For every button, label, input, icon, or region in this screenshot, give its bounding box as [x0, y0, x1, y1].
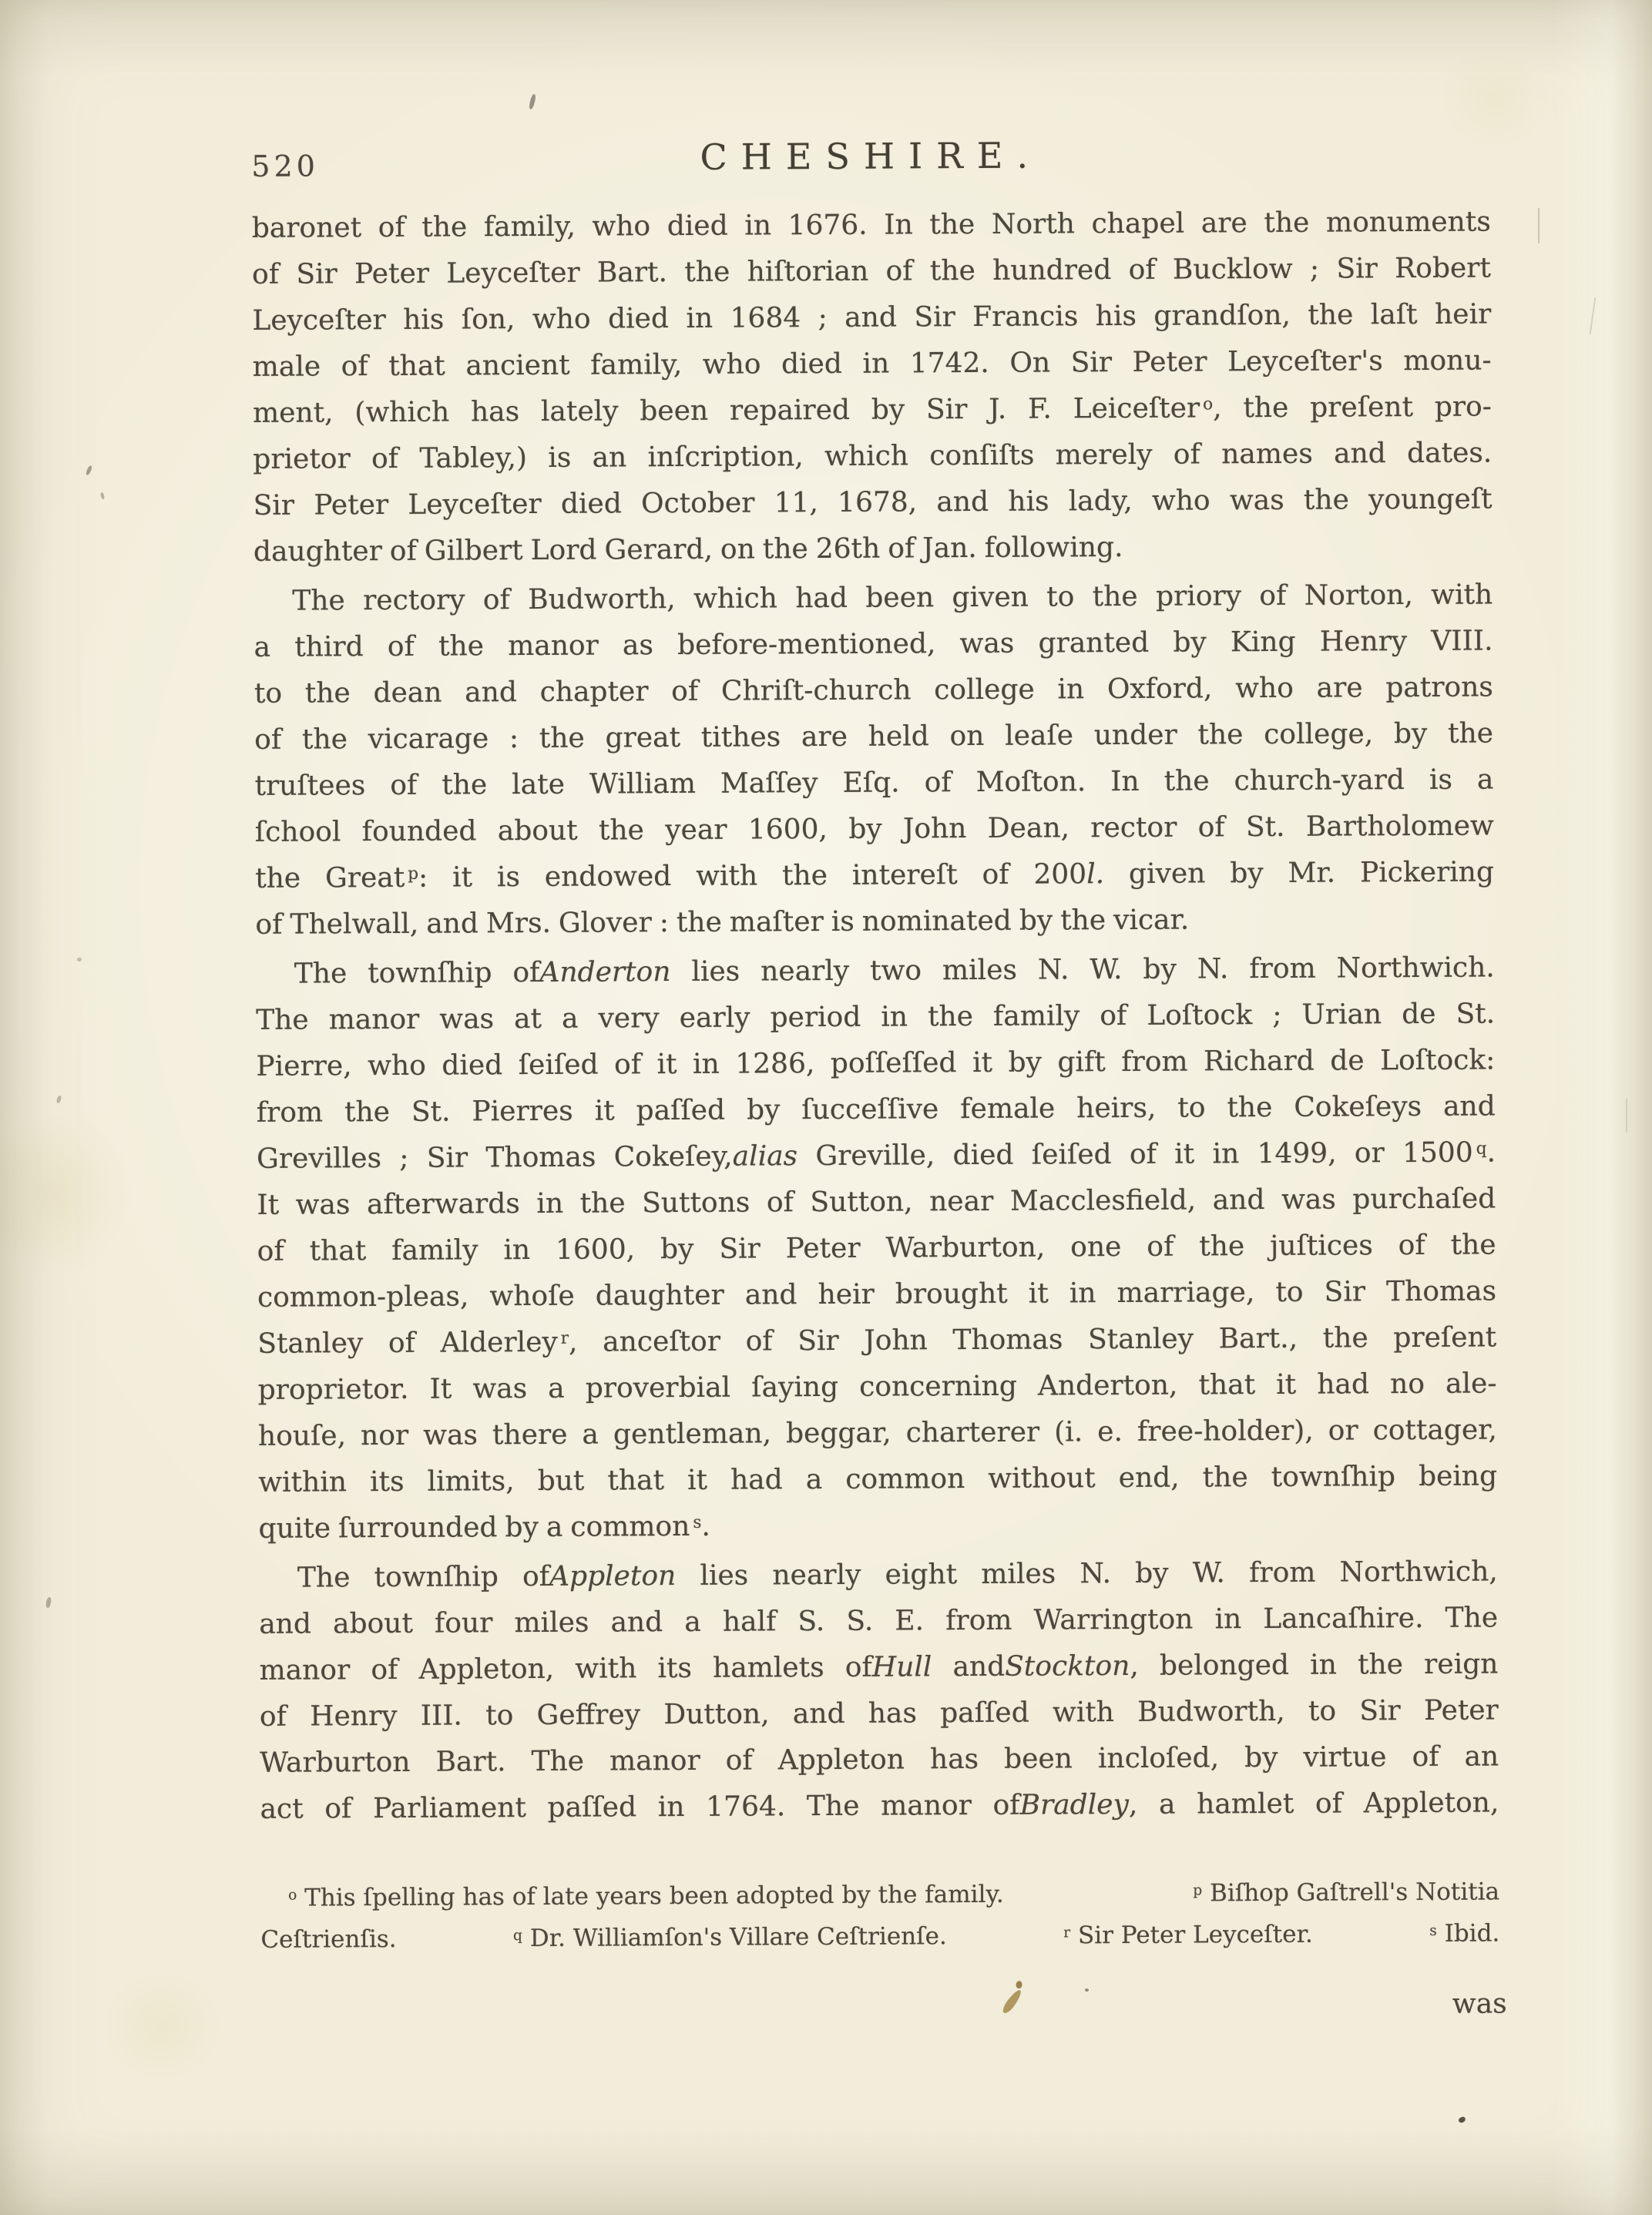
- word: a: [562, 1003, 579, 1035]
- word: at: [514, 1003, 542, 1035]
- word: to: [1275, 1277, 1303, 1308]
- text-line: prietorofTabley,)isaninſcription,whichco…: [253, 437, 1492, 489]
- text-segment: which: [693, 582, 777, 615]
- word: the: [930, 255, 975, 287]
- text-segment: Eſq.: [842, 767, 899, 798]
- text-line: fromtheSt.Pierresitpaſſedbyſucceſſivefem…: [257, 1090, 1496, 1143]
- text-segment: female: [960, 1092, 1055, 1125]
- word: lies: [700, 1560, 748, 1592]
- text-segment: the: [677, 907, 722, 938]
- word: before-mentioned,: [677, 628, 936, 661]
- text-segment: about: [498, 815, 578, 847]
- text-segment: lady,: [1069, 485, 1133, 517]
- text-segment: the: [1448, 717, 1493, 749]
- word: is: [548, 442, 571, 474]
- text-segment: Thomas: [1386, 1275, 1496, 1307]
- word: the: [1264, 207, 1309, 239]
- text-segment: Pickering: [1360, 856, 1494, 888]
- word: the: [1323, 1322, 1368, 1354]
- text-segment: Macclesfield,: [1010, 1184, 1196, 1217]
- word: priory: [1156, 580, 1241, 612]
- text-segment: given: [1129, 857, 1206, 890]
- text-segment: the: [1203, 1462, 1248, 1493]
- word: Gilbert: [425, 535, 523, 567]
- word: Tabley,): [419, 442, 527, 475]
- word: rectory: [363, 584, 465, 616]
- word: held: [868, 720, 929, 752]
- word: Appleton,: [418, 1653, 554, 1686]
- word: its: [370, 1466, 405, 1498]
- text-segment: of: [341, 351, 368, 382]
- text-segment: to: [254, 678, 282, 710]
- text-segment: in: [1310, 1650, 1337, 1681]
- text-segment: it: [657, 1049, 677, 1080]
- text-segment: the: [302, 723, 348, 755]
- footnote-line: o This ſpelling has of late years been a…: [260, 1878, 1499, 1925]
- word: 200l.: [1033, 858, 1104, 890]
- text-segment: beggar,: [786, 1418, 891, 1450]
- word: on: [949, 720, 984, 752]
- word: has: [930, 1743, 979, 1775]
- word: (which: [354, 397, 449, 429]
- word: endowed: [545, 861, 672, 893]
- text-segment: Northwich.: [1337, 951, 1495, 984]
- text-segment: dates.: [1407, 437, 1492, 469]
- word: of: [888, 532, 915, 564]
- text-segment: ,: [1130, 1650, 1139, 1682]
- word: a: [548, 1373, 565, 1405]
- text-segment: that: [607, 1465, 664, 1496]
- word: in: [1212, 1138, 1239, 1170]
- word: Maſſey: [720, 767, 818, 800]
- word: St.: [411, 1096, 451, 1128]
- word: Francis: [972, 300, 1078, 333]
- word: the: [929, 209, 975, 240]
- text-segment: has: [930, 1743, 979, 1775]
- text-segment: daughter: [254, 535, 382, 568]
- footnote-marker: o: [1203, 395, 1213, 414]
- word: from: [257, 1096, 324, 1128]
- word: or: [1328, 1415, 1358, 1446]
- word: S.: [797, 1606, 824, 1637]
- text-segment: belonged: [1160, 1650, 1289, 1682]
- word: by: [871, 394, 905, 425]
- word: on: [720, 533, 755, 565]
- text-segment: St.: [1246, 811, 1285, 843]
- text-segment: of: [371, 1654, 398, 1686]
- text-segment: common-pleas,: [257, 1280, 469, 1313]
- text-segment: 1684: [730, 302, 801, 334]
- word: was: [423, 1419, 478, 1451]
- word: the: [539, 723, 585, 754]
- text-segment: of: [390, 770, 417, 801]
- word: Sir: [1071, 347, 1113, 378]
- text-segment: it: [452, 861, 472, 893]
- word: 1500q.: [1402, 1136, 1496, 1169]
- word: hiſtorian: [747, 256, 869, 288]
- text-segment: Leyceſter's: [1227, 345, 1383, 378]
- text-segment: manor: [609, 1745, 700, 1777]
- word: ale-: [1445, 1368, 1497, 1399]
- page-header: 520 CHESHIRE.: [251, 132, 1490, 187]
- word: by: [848, 814, 882, 845]
- word: the: [442, 769, 487, 800]
- text-segment: a: [254, 632, 271, 663]
- word: Anderton,: [1038, 1370, 1178, 1402]
- text-segment: merely: [1056, 439, 1153, 472]
- text-segment: ſurrounded: [338, 1512, 498, 1544]
- word: that: [310, 1235, 367, 1267]
- word: repaired: [730, 394, 850, 427]
- text-segment: lies: [700, 1560, 748, 1592]
- word: (i.: [1054, 1416, 1083, 1448]
- text-segment: N.: [1080, 1558, 1111, 1589]
- text-segment: Norton,: [1304, 579, 1413, 612]
- text-segment: ;: [1272, 999, 1281, 1031]
- word: died: [608, 303, 669, 334]
- text-line: daughterofGilbertLordGerard,onthe26thofJ…: [254, 529, 1493, 582]
- footnote-line: Ceſtrienſis.q Dr. Williamſon's Villare C…: [260, 1919, 1499, 1967]
- text-segment: the: [929, 209, 975, 240]
- text-segment: was: [1230, 485, 1284, 516]
- text-segment: Bart.,: [1219, 1323, 1298, 1355]
- text-segment: The: [807, 1790, 860, 1822]
- text-segment: conſiſts: [929, 440, 1034, 472]
- text-segment: On: [1009, 347, 1050, 378]
- word: under: [1094, 720, 1177, 752]
- text-segment: Pierres: [472, 1096, 572, 1128]
- text-segment: Sir: [1336, 253, 1378, 284]
- word: It: [429, 1374, 452, 1405]
- word: patrons: [1385, 671, 1493, 703]
- text-segment: the: [1358, 1649, 1403, 1680]
- text-segment: his: [1096, 300, 1137, 332]
- text-segment: Henry: [1320, 626, 1408, 658]
- text-segment: This ſpelling has of late years been ado…: [297, 1881, 1004, 1912]
- text-segment: one: [1070, 1231, 1121, 1263]
- text-segment: Ceſtrienſis.: [260, 1925, 396, 1954]
- word: the: [1164, 765, 1210, 797]
- word: marriage,: [1116, 1277, 1254, 1309]
- word: was: [1281, 1184, 1336, 1216]
- text-segment: the: [1451, 1229, 1496, 1260]
- text-segment: great: [605, 722, 680, 754]
- word: half: [723, 1606, 777, 1637]
- text-segment: miles: [981, 1558, 1056, 1590]
- word: miles: [514, 1607, 589, 1639]
- word: male: [253, 351, 321, 382]
- footnote: r Sir Peter Leyceſter.: [1060, 1921, 1313, 1950]
- text-segment: youngeſt: [1368, 483, 1493, 515]
- text-segment: was: [439, 1003, 494, 1035]
- word: of: [1198, 811, 1225, 843]
- text-segment: half: [723, 1606, 777, 1637]
- word: the: [1308, 299, 1353, 331]
- text-segment: Urian: [1301, 998, 1382, 1031]
- text-segment: 26th: [816, 533, 881, 565]
- text-segment: heir: [1435, 298, 1491, 330]
- text-segment: the: [684, 257, 730, 288]
- word: has: [868, 1697, 917, 1729]
- word: On: [1009, 347, 1050, 378]
- footnotes: o This ſpelling has of late years been a…: [260, 1878, 1500, 1967]
- word: conſiſts: [929, 440, 1034, 472]
- word: of: [390, 535, 417, 567]
- text-segment: are: [1201, 207, 1247, 239]
- word: Peter: [1132, 346, 1207, 378]
- word: has: [471, 396, 519, 428]
- text-segment: preſent: [1310, 391, 1413, 424]
- text-segment: cottager,: [1373, 1414, 1497, 1446]
- word: :: [660, 907, 669, 938]
- footnote-marker: p: [1193, 1882, 1202, 1898]
- word: died: [667, 210, 728, 242]
- word: Lancaſhire.: [1263, 1603, 1423, 1635]
- text-segment: afterwards: [367, 1188, 520, 1220]
- word: Cokeſey,alias: [614, 1140, 798, 1173]
- text-segment: Leyceſter: [252, 304, 386, 337]
- word: who: [1235, 673, 1294, 704]
- text-line: truſteesofthelateWilliamMaſſeyEſq.ofMoſt…: [254, 764, 1493, 816]
- text-segment: of: [767, 1186, 794, 1218]
- text-segment: the: [782, 860, 828, 891]
- text-segment: two: [870, 955, 922, 986]
- text-segment: family,: [590, 349, 682, 381]
- word: inſcription,: [647, 441, 803, 473]
- word: virtue: [1303, 1741, 1386, 1774]
- text-segment: from: [945, 1605, 1012, 1636]
- word: Pierre,: [256, 1050, 351, 1082]
- word: Robert: [1395, 252, 1491, 284]
- text-segment: died: [561, 488, 622, 519]
- word: of: [371, 443, 398, 475]
- word: of: [885, 255, 912, 287]
- text-segment: by: [1135, 1558, 1169, 1589]
- text-segment: the: [438, 630, 484, 662]
- text-segment: Leyceſter: [408, 488, 542, 521]
- word: commons.: [570, 1511, 710, 1543]
- word: dates.: [1407, 437, 1492, 469]
- text-segment: a: [582, 1419, 599, 1451]
- word: and: [426, 908, 478, 939]
- text-segment: In: [1110, 766, 1140, 797]
- text-segment: Peter: [786, 1233, 861, 1265]
- word: heirs,: [1076, 1092, 1156, 1125]
- word: In: [884, 209, 913, 240]
- text-segment: grandſon,: [1153, 300, 1291, 332]
- word: family: [391, 1234, 478, 1267]
- footnote: s Ibid.: [1426, 1919, 1499, 1947]
- text-segment: who: [592, 210, 650, 242]
- text-segment: vicar.: [1113, 904, 1189, 937]
- text-line: ThetownſhipofAndertonliesnearlytwomilesN…: [256, 951, 1495, 1004]
- text-segment: was: [959, 628, 1014, 659]
- word: The: [531, 1746, 584, 1777]
- word: are: [801, 721, 848, 753]
- word: by: [1135, 1558, 1169, 1589]
- text-segment: died: [608, 303, 669, 334]
- word: there: [492, 1419, 568, 1451]
- text-segment: Sir: [254, 490, 295, 522]
- word: gentleman,: [613, 1418, 771, 1450]
- text-segment: endowed: [545, 861, 672, 893]
- paragraph: ThetownſhipofAndertonliesnearlytwomilesN…: [256, 951, 1498, 1559]
- word: without: [988, 1462, 1096, 1495]
- word: been: [865, 582, 934, 613]
- text-segment: has: [868, 1697, 917, 1729]
- word: the: [344, 1096, 390, 1128]
- text-segment: eight: [885, 1559, 957, 1590]
- text-segment: Greville,: [815, 1139, 935, 1172]
- text-segment: Sir: [427, 1142, 468, 1173]
- text-segment: of: [1174, 438, 1200, 470]
- text-segment: family: [993, 1000, 1080, 1032]
- text-segment: the: [1197, 719, 1243, 750]
- text-segment: by: [1394, 718, 1428, 750]
- text-segment: of: [982, 859, 1009, 891]
- word: no: [1390, 1368, 1425, 1400]
- text-segment: hiſtorian: [747, 256, 869, 288]
- word: lies: [691, 956, 740, 988]
- text-segment: heirs,: [1076, 1092, 1156, 1125]
- text-segment: on: [720, 533, 755, 565]
- word: Urian: [1301, 998, 1382, 1031]
- word: andStockton,: [952, 1650, 1138, 1683]
- text-segment: 200: [1033, 858, 1086, 890]
- text-segment: daughter: [596, 1280, 724, 1312]
- text-segment: hamlet: [1197, 1788, 1294, 1821]
- word: The: [807, 1790, 860, 1822]
- word: Sutton,: [810, 1186, 912, 1218]
- word: the: [580, 1187, 626, 1219]
- text-segment: to: [1046, 581, 1074, 612]
- paragraph: TherectoryofBudworth,whichhadbeengivento…: [254, 579, 1494, 955]
- word: gift: [1057, 1046, 1106, 1078]
- text-segment: the: [1227, 1092, 1272, 1123]
- word: his: [403, 304, 444, 336]
- word: Eſq.: [842, 767, 899, 798]
- word: Thomas: [485, 1142, 596, 1174]
- word: reign: [1424, 1648, 1498, 1680]
- word: of: [257, 1236, 284, 1267]
- word: who: [368, 1050, 426, 1082]
- text-segment: family,: [484, 211, 576, 243]
- word: ſchool: [255, 816, 341, 848]
- word: Pierres: [472, 1096, 572, 1128]
- text-segment: of: [254, 724, 281, 756]
- word: the: [305, 677, 351, 709]
- text-segment: its: [657, 1653, 692, 1684]
- word: manor: [508, 630, 599, 663]
- text-segment: a: [806, 1464, 823, 1495]
- word: in: [693, 1049, 720, 1080]
- word: vicarage: [368, 723, 489, 755]
- word: a: [582, 1419, 599, 1451]
- word: being: [1419, 1460, 1497, 1492]
- text-segment: The: [292, 585, 345, 616]
- text-segment: anceſtor: [603, 1326, 720, 1358]
- word: of: [1259, 580, 1286, 612]
- word: ſucceſſive: [801, 1093, 938, 1126]
- word: manor: [259, 1654, 350, 1686]
- word: the: [302, 723, 348, 755]
- word: Sir: [719, 1233, 761, 1264]
- text-segment: and: [793, 1698, 845, 1730]
- text-segment: 1742.: [910, 347, 989, 380]
- text-segment: October: [641, 487, 755, 519]
- word: of: [378, 212, 405, 243]
- footnote-marker: p: [408, 864, 418, 884]
- word: proverbial: [586, 1372, 731, 1405]
- word: The: [1445, 1602, 1498, 1633]
- text-segment: late: [512, 769, 565, 800]
- word: and: [745, 1279, 797, 1311]
- text-segment: is: [497, 861, 520, 893]
- word: nominated: [862, 905, 1012, 938]
- text-segment: with: [575, 1653, 636, 1684]
- word: and: [1334, 438, 1386, 469]
- text-segment: brought: [895, 1278, 1008, 1311]
- text-segment: been: [640, 395, 708, 427]
- word: ofBradley,: [992, 1789, 1137, 1821]
- text-segment: Ibid.: [1437, 1919, 1500, 1947]
- text-line: ofthatfamilyin1600,bySirPeterWarburton,o…: [257, 1229, 1496, 1281]
- word: Grevilles: [257, 1143, 381, 1175]
- text-segment: held: [868, 720, 929, 752]
- word: and: [610, 1606, 663, 1638]
- word: church-yard: [1234, 764, 1405, 797]
- word: lately: [541, 395, 619, 428]
- text-segment: Appleton: [549, 1560, 676, 1592]
- word: Leyceſter: [446, 257, 580, 290]
- text-segment: near: [929, 1186, 993, 1217]
- text-segment: the: [599, 814, 644, 846]
- text-segment: 1676.: [788, 210, 868, 242]
- text-segment: was: [1281, 1184, 1336, 1216]
- text-segment: in: [862, 348, 889, 380]
- text-segment: who: [1235, 673, 1294, 704]
- text-segment: Anderton: [539, 956, 670, 988]
- text-segment: S.: [846, 1606, 873, 1637]
- text-segment: Stockton: [1005, 1650, 1130, 1683]
- word: merely: [1056, 439, 1153, 472]
- word: Thomas: [952, 1324, 1063, 1356]
- word: poſſeſſed: [831, 1047, 957, 1079]
- word: Bart.: [597, 257, 667, 288]
- word: Macclesfield,: [1010, 1184, 1196, 1217]
- text-segment: in: [686, 303, 713, 334]
- text-segment: paſſed: [636, 1095, 725, 1127]
- footnote-marker: q: [1476, 1139, 1487, 1159]
- text-segment: Maſſey: [720, 767, 818, 800]
- word: Bart.: [435, 1746, 505, 1777]
- text-segment: Stanley: [1088, 1324, 1194, 1356]
- text-segment: Cokeſey,: [614, 1141, 733, 1173]
- text-segment: The: [531, 1746, 584, 1777]
- text-segment: Glover: [559, 907, 652, 939]
- text-segment: of: [1100, 1000, 1127, 1032]
- word: Warburton,: [885, 1232, 1045, 1264]
- text-segment: by: [848, 814, 882, 845]
- text-segment: Suttons: [642, 1187, 750, 1220]
- text-segment: Warburton,: [885, 1232, 1045, 1264]
- word: chapel: [1091, 208, 1184, 240]
- word: family,: [484, 211, 576, 243]
- word: whoſe: [489, 1280, 575, 1313]
- text-segment: Jan.: [922, 532, 977, 564]
- text-segment: very: [598, 1002, 659, 1034]
- word: from: [1249, 1557, 1316, 1589]
